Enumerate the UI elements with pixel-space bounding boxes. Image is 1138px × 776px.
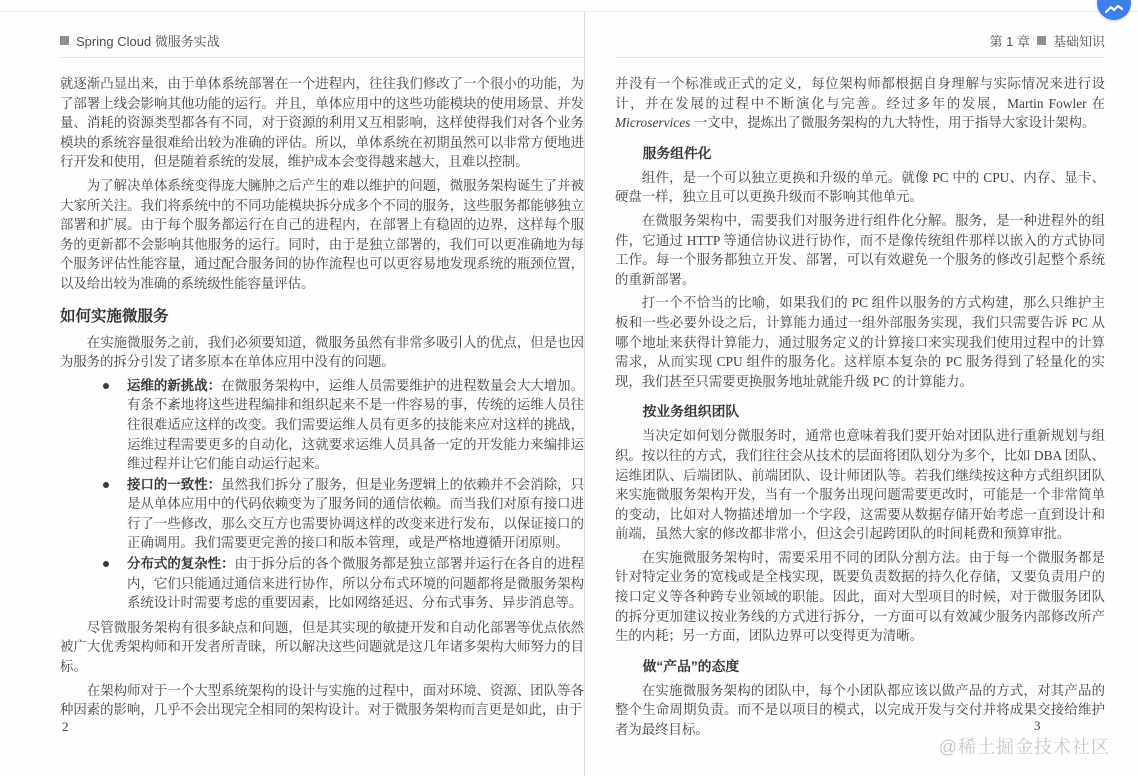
- list-item: 分布式的复杂性：由于拆分后的各个微服务都是独立部署并运行在各自的进程内，它们只能…: [94, 554, 584, 613]
- paragraph: 在架构师对于一个大型系统架构的设计与实施的过程中，面对环境、资源、团队等各种因素…: [60, 681, 584, 720]
- paragraph-text: 一文中，提炼出了微服务架构的九大特性，用于指导大家设计架构。: [690, 115, 1095, 130]
- badge-glyph-icon: [1105, 5, 1123, 15]
- chapter-title: 基础知识: [1053, 31, 1105, 50]
- book-spread: Spring Cloud 微服务实战 就逐渐凸显出来，由于单体系统部署在一个进程…: [0, 0, 1138, 776]
- list-term: 分布式的复杂性：: [127, 556, 235, 571]
- chapter-label: 第 1 章: [990, 31, 1030, 50]
- paragraph: 在实施微服务之前，我们必须要知道，微服务虽然有非常多吸引人的优点，但是也因为服务…: [60, 333, 584, 372]
- paragraph: 在实施微服务架构时，需要采用不同的团队分割方法。由于每一个微服务都是针对特定业务…: [615, 548, 1105, 646]
- running-header-right: 第 1 章 基础知识: [615, 34, 1105, 58]
- list-item: 接口的一致性：虽然我们拆分了服务，但是业务逻辑上的依赖并不会消除，只是从单体应用…: [94, 475, 584, 553]
- paragraph: 就逐渐凸显出来，由于单体系统部署在一个进程内，往往我们修改了一个很小的功能，为了…: [60, 74, 584, 172]
- running-header-left: Spring Cloud 微服务实战: [60, 34, 584, 58]
- book-title: Spring Cloud 微服务实战: [76, 31, 220, 50]
- challenge-list: 运维的新挑战：在微服务架构中，运维人员需要维护的进程数量会大大增加。有条不紊地将…: [94, 376, 584, 613]
- italic-term: Microservices: [615, 115, 690, 130]
- right-page-body: 并没有一个标准或正式的定义，每位架构师都根据自身理解与实际情况来进行设计，并在发…: [615, 74, 1105, 740]
- sub-heading: 按业务组织团队: [615, 400, 1105, 420]
- paragraph: 并没有一个标准或正式的定义，每位架构师都根据自身理解与实际情况来进行设计，并在发…: [615, 74, 1105, 133]
- paragraph: 当决定如何划分微服务时，通常也意味着我们要开始对团队进行重新规划与组织。按以往的…: [615, 426, 1105, 544]
- left-page-body: 就逐渐凸显出来，由于单体系统部署在一个进程内，往往我们修改了一个很小的功能，为了…: [60, 74, 584, 720]
- paragraph: 组件，是一个可以独立更换和升级的单元。就像 PC 中的 CPU、内存、显卡、硬盘…: [615, 168, 1105, 207]
- page-gutter-divider: [584, 12, 585, 776]
- page-right: 第 1 章 基础知识 并没有一个标准或正式的定义，每位架构师都根据自身理解与实际…: [615, 34, 1105, 744]
- watermark: @稀土掘金技术社区: [939, 733, 1110, 759]
- paragraph: 为了解决单体系统变得庞大臃肿之后产生的难以维护的问题，微服务架构诞生了并被大家所…: [60, 176, 584, 294]
- page-number-right: 3: [1034, 718, 1041, 734]
- paragraph: 在微服务架构中，需要我们对服务进行组件化分解。服务，是一种进程外的组件，它通过 …: [615, 211, 1105, 289]
- section-heading: 如何实施微服务: [60, 304, 584, 326]
- page-number-left: 2: [62, 719, 69, 735]
- top-hairline: [0, 11, 1138, 12]
- list-item: 运维的新挑战：在微服务架构中，运维人员需要维护的进程数量会大大增加。有条不紊地将…: [94, 376, 584, 474]
- square-bullet-icon: [60, 36, 69, 45]
- square-bullet-icon: [1037, 36, 1046, 45]
- juejin-badge-icon[interactable]: [1097, 0, 1131, 20]
- paragraph: 在实施微服务架构的团队中，每个小团队都应该以做产品的方式，对其产品的整个生命周期…: [615, 681, 1105, 740]
- paragraph: 尽管微服务架构有很多缺点和问题，但是其实现的敏捷开发和自动化部署等优点依然被广大…: [60, 618, 584, 677]
- list-term: 运维的新挑战：: [127, 378, 221, 393]
- bullet-dot-icon: [103, 561, 109, 567]
- paragraph: 打一个不恰当的比喻，如果我们的 PC 组件以服务的方式构建，那么只维护主板和一些…: [615, 293, 1105, 391]
- bullet-dot-icon: [103, 383, 109, 389]
- sub-heading: 做“产品”的态度: [615, 655, 1105, 675]
- bullet-dot-icon: [103, 482, 109, 488]
- list-term: 接口的一致性：: [127, 477, 221, 492]
- page-left: Spring Cloud 微服务实战 就逐渐凸显出来，由于单体系统部署在一个进程…: [60, 34, 584, 724]
- paragraph-text: 并没有一个标准或正式的定义，每位架构师都根据自身理解与实际情况来进行设计，并在发…: [615, 76, 1105, 111]
- sub-heading: 服务组件化: [615, 142, 1105, 162]
